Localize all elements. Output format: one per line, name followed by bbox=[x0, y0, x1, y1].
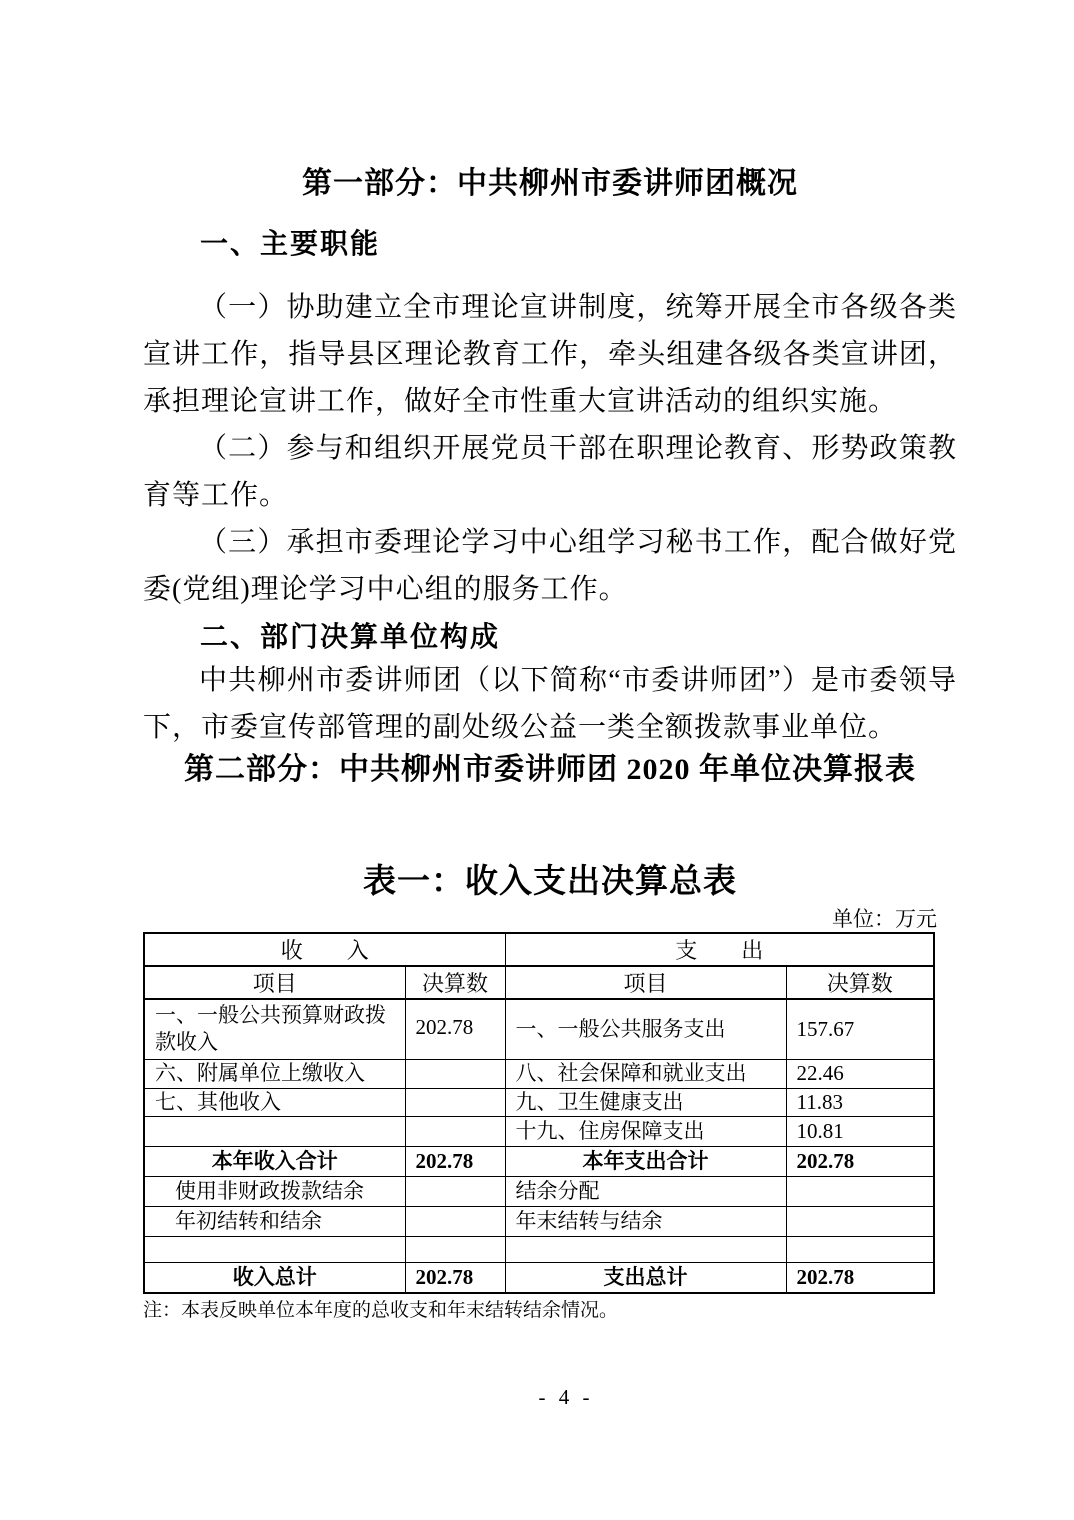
expense-amount-header: 决算数 bbox=[786, 966, 934, 999]
expense-item-cell: 结余分配 bbox=[505, 1176, 786, 1206]
income-item-cell: 年初结转和结余 bbox=[144, 1206, 405, 1236]
paragraph-4: 中共柳州市委讲师团（以下简称“市委讲师团”）是市委领导下，市委宣传部管理的副处级… bbox=[143, 657, 957, 751]
unit-label: 单位：万元 bbox=[143, 906, 957, 932]
expense-amount-cell: 22.46 bbox=[786, 1059, 934, 1088]
income-amount-cell bbox=[405, 1088, 505, 1116]
expense-item-cell: 八、社会保障和就业支出 bbox=[505, 1059, 786, 1088]
expense-amount-cell: 202.78 bbox=[786, 1146, 934, 1176]
expense-amount-cell: 202.78 bbox=[786, 1262, 934, 1293]
table-subtotal-row: 本年收入合计 202.78 本年支出合计 202.78 bbox=[144, 1146, 934, 1176]
page-number: - 4 - bbox=[159, 1385, 973, 1410]
expense-amount-cell bbox=[786, 1176, 934, 1206]
income-item-cell bbox=[144, 1116, 405, 1146]
income-amount-cell: 202.78 bbox=[405, 999, 505, 1059]
income-amount-cell bbox=[405, 1176, 505, 1206]
expense-group-header: 支 出 bbox=[505, 933, 934, 966]
income-item-cell: 使用非财政拨款结余 bbox=[144, 1176, 405, 1206]
income-amount-cell bbox=[405, 1236, 505, 1262]
part2-title: 第二部分：中共柳州市委讲师团 2020 年单位决算报表 bbox=[143, 751, 957, 789]
part1-title: 第一部分：中共柳州市委讲师团概况 bbox=[143, 165, 957, 203]
paragraph-3: （三）承担市委理论学习中心组学习秘书工作，配合做好党委(党组)理论学习中心组的服… bbox=[143, 519, 957, 613]
expense-item-cell: 十九、住房保障支出 bbox=[505, 1116, 786, 1146]
income-item-cell: 收入总计 bbox=[144, 1262, 405, 1293]
table-row: 使用非财政拨款结余 结余分配 bbox=[144, 1176, 934, 1206]
expense-item-cell: 支出总计 bbox=[505, 1262, 786, 1293]
paragraph-1: （一）协助建立全市理论宣讲制度，统筹开展全市各级各类宣讲工作，指导县区理论教育工… bbox=[143, 284, 957, 425]
table-column-header-row: 项目 决算数 项目 决算数 bbox=[144, 966, 934, 999]
table-row: 一、一般公共预算财政拨款收入 202.78 一、一般公共服务支出 157.67 bbox=[144, 999, 934, 1059]
table-empty-row bbox=[144, 1236, 934, 1262]
expense-item-cell: 九、卫生健康支出 bbox=[505, 1088, 786, 1116]
table-row: 年初结转和结余 年末结转与结余 bbox=[144, 1206, 934, 1236]
expense-item-cell: 一、一般公共服务支出 bbox=[505, 999, 786, 1059]
section1-heading: 一、主要职能 bbox=[143, 226, 957, 262]
income-item-cell: 六、附属单位上缴收入 bbox=[144, 1059, 405, 1088]
income-item-cell: 七、其他收入 bbox=[144, 1088, 405, 1116]
table-row: 六、附属单位上缴收入 八、社会保障和就业支出 22.46 bbox=[144, 1059, 934, 1088]
income-item-header: 项目 bbox=[144, 966, 405, 999]
income-amount-cell bbox=[405, 1059, 505, 1088]
table-row: 七、其他收入 九、卫生健康支出 11.83 bbox=[144, 1088, 934, 1116]
expense-item-cell bbox=[505, 1236, 786, 1262]
table-note: 注：本表反映单位本年度的总收支和年末结转结余情况。 bbox=[143, 1298, 957, 1323]
income-item-cell: 本年收入合计 bbox=[144, 1146, 405, 1176]
expense-item-header: 项目 bbox=[505, 966, 786, 999]
table-row: 十九、住房保障支出 10.81 bbox=[144, 1116, 934, 1146]
expense-item-cell: 年末结转与结余 bbox=[505, 1206, 786, 1236]
table-group-header-row: 收 入 支 出 bbox=[144, 933, 934, 966]
expense-amount-cell: 11.83 bbox=[786, 1088, 934, 1116]
income-group-header: 收 入 bbox=[144, 933, 505, 966]
expense-amount-cell: 10.81 bbox=[786, 1116, 934, 1146]
income-amount-cell bbox=[405, 1116, 505, 1146]
income-item-cell: 一、一般公共预算财政拨款收入 bbox=[144, 999, 405, 1059]
paragraph-2: （二）参与和组织开展党员干部在职理论教育、形势政策教育等工作。 bbox=[143, 425, 957, 519]
section2-heading: 二、部门决算单位构成 bbox=[143, 617, 957, 657]
expense-amount-cell: 157.67 bbox=[786, 999, 934, 1059]
income-amount-cell bbox=[405, 1206, 505, 1236]
table-title: 表一：收入支出决算总表 bbox=[143, 862, 957, 900]
budget-summary-table: 收 入 支 出 项目 决算数 项目 决算数 一、一般公共预算财政拨款收入 202… bbox=[143, 932, 935, 1294]
expense-amount-cell bbox=[786, 1206, 934, 1236]
expense-item-cell: 本年支出合计 bbox=[505, 1146, 786, 1176]
expense-amount-cell bbox=[786, 1236, 934, 1262]
income-amount-cell: 202.78 bbox=[405, 1146, 505, 1176]
document-page: 第一部分：中共柳州市委讲师团概况 一、主要职能 （一）协助建立全市理论宣讲制度，… bbox=[0, 0, 1074, 1520]
income-amount-cell: 202.78 bbox=[405, 1262, 505, 1293]
income-item-cell bbox=[144, 1236, 405, 1262]
table-total-row: 收入总计 202.78 支出总计 202.78 bbox=[144, 1262, 934, 1293]
income-amount-header: 决算数 bbox=[405, 966, 505, 999]
